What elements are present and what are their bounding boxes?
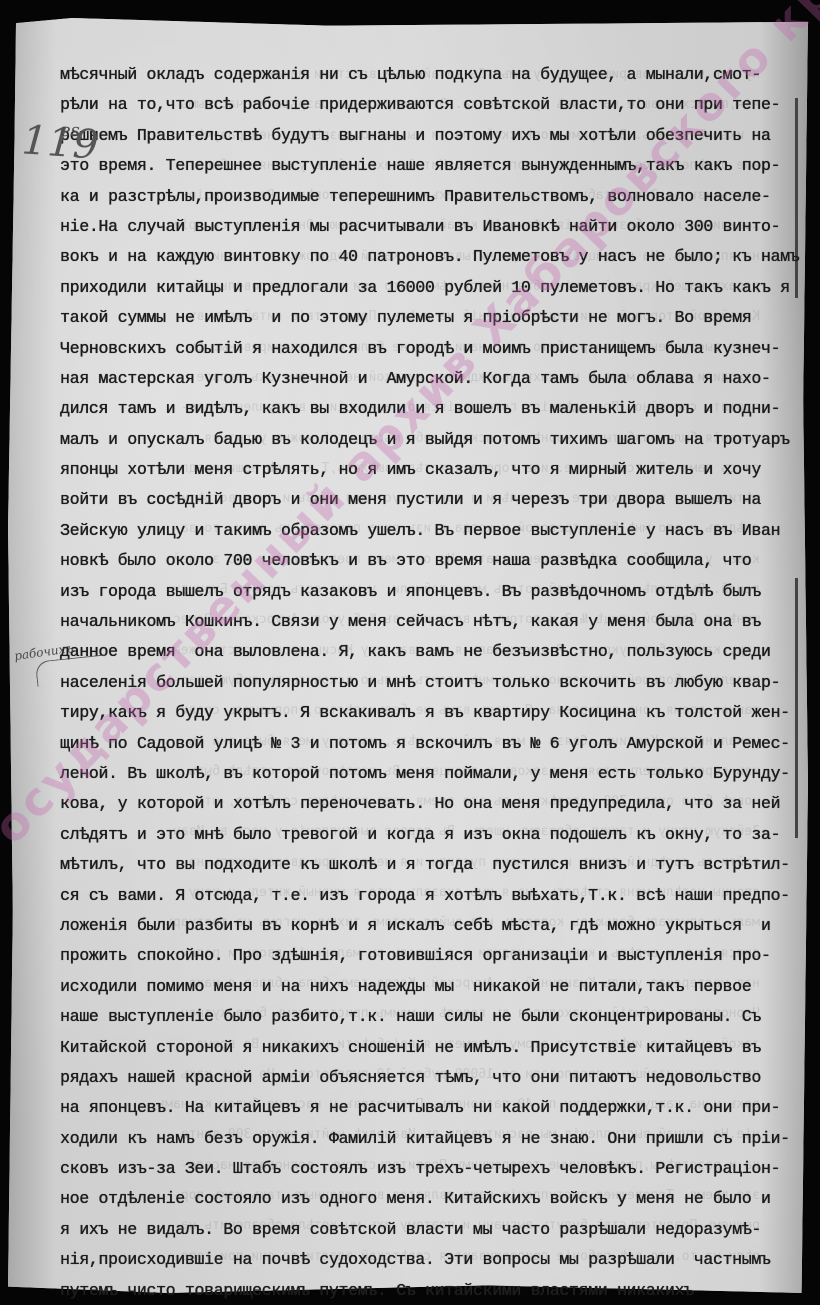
text-line: такой суммы не имѣлъ и по этому пулеметы…: [60, 303, 820, 333]
text-line: ное отдѣленіе состояло изъ одного меня. …: [60, 1184, 820, 1214]
text-line: кова, у которой и хотѣлъ переночевать. Н…: [60, 789, 820, 819]
text-line: вокъ и на каждую винтовку по 40 патронов…: [60, 242, 820, 272]
text-line: Китайской стороной я никакихъ сношеній н…: [60, 1033, 820, 1063]
text-line: ложенія были разбиты въ корнѣ и я искалъ…: [60, 911, 820, 941]
text-line: войти въ сосѣдній дворъ и они меня пусти…: [60, 485, 820, 515]
text-line: приходили китайцы и предлогали за 16000 …: [60, 273, 820, 303]
text-line: изъ города вышелъ отрядъ казаковъ и япон…: [60, 577, 820, 607]
text-line: тиру,какъ я буду укрытъ. Я вскакивалъ я …: [60, 698, 820, 728]
text-line: мѣтилъ, что вы подходите къ школѣ и я то…: [60, 850, 820, 880]
text-line: путемъ чисто товарищескимъ путемъ. Съ ки…: [60, 1276, 820, 1305]
text-line: Зейскую улицу и такимъ образомъ ушелъ. В…: [60, 516, 820, 546]
text-line: я ихъ не видалъ. Во время совѣтской влас…: [60, 1215, 820, 1245]
text-line: ходили къ намъ безъ оружія. Фамилій кита…: [60, 1124, 820, 1154]
text-line: щинѣ по Садовой улицѣ № 3 и потомъ я вск…: [60, 729, 820, 759]
text-line: новкѣ было около 700 человѣкъ и въ это в…: [60, 546, 820, 576]
text-line: малъ и опускалъ бадью въ колодецъ и я вы…: [60, 425, 820, 455]
text-line: прожить спокойно. Про здѣшнія, готовивші…: [60, 941, 820, 971]
text-line: нія,происходившіе на почвѣ судоходства. …: [60, 1245, 820, 1275]
text-line: ніе.На случай выступленія мы расчитывали…: [60, 212, 820, 242]
text-line: рядахъ нашей красной арміи объясняется т…: [60, 1063, 820, 1093]
text-line: леной. Въ школѣ, въ которой потомъ меня …: [60, 759, 820, 789]
text-line: на японцевъ. На китайцевъ я не расчитыва…: [60, 1093, 820, 1123]
text-line: исходили помимо меня и на нихъ надежды м…: [60, 972, 820, 1002]
text-line: наше выступленіе было разбито,т.к. наши …: [60, 1002, 820, 1032]
text-line: это время. Теперешнее выступленіе наше я…: [60, 151, 820, 181]
text-line: ка и разстрѣлы,производимые теперешнимъ …: [60, 182, 820, 212]
text-line: японцы хотѣли меня стрѣлять, но я имъ ск…: [60, 455, 820, 485]
text-line: сковъ изъ-за Зеи. Штабъ состоялъ изъ тре…: [60, 1154, 820, 1184]
text-line: ся съ вами. Я отсюда, т.е. изъ города я …: [60, 881, 820, 911]
margin-correction: es: [60, 120, 80, 141]
text-line: слѣдятъ и это мнѣ было тревогой и когда …: [60, 820, 820, 850]
